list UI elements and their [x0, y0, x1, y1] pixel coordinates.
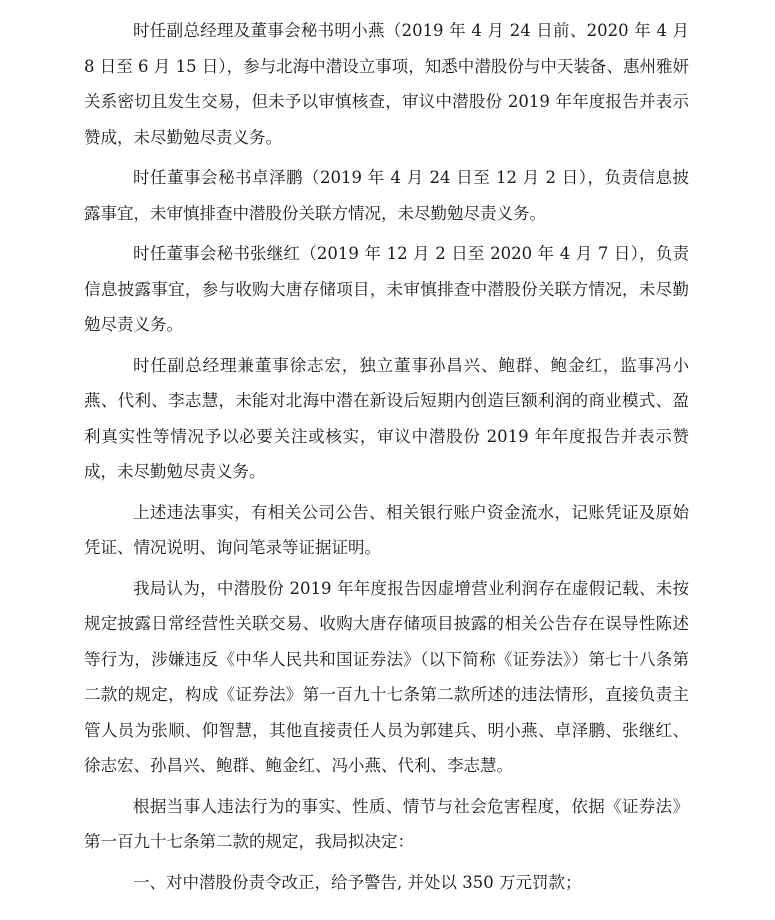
paragraph-ming-xiaoyan-liability: 时任副总经理及董事会秘书明小燕（2019 年 4 月 24 日前、2020 年 …: [84, 13, 689, 155]
paragraph-directors-supervisors-liability: 时任副总经理兼董事徐志宏，独立董事孙昌兴、鲍群、鲍金红，监事冯小燕、代利、李志慧…: [84, 348, 689, 490]
paragraph-zhuo-zepeng-liability: 时任董事会秘书卓泽鹏（2019 年 4 月 24 日至 12 月 2 日），负责…: [84, 160, 689, 231]
paragraph-penalty-basis: 根据当事人违法行为的事实、性质、情节与社会危害程度，依据《证券法》第一百九十七条…: [84, 789, 689, 860]
document-page: 时任副总经理及董事会秘书明小燕（2019 年 4 月 24 日前、2020 年 …: [0, 0, 775, 920]
paragraph-decision-item-1: 一、对中潜股份责令改正，给予警告, 并处以 350 万元罚款；: [84, 865, 689, 901]
paragraph-evidence-statement: 上述违法事实，有相关公司公告、相关银行账户资金流水，记账凭证及原始凭证、情况说明…: [84, 495, 689, 566]
paragraph-bureau-findings: 我局认为，中潜股份 2019 年年度报告因虚增营业利润存在虚假记载、未按规定披露…: [84, 571, 689, 784]
paragraph-zhang-jihong-liability: 时任董事会秘书张继红（2019 年 12 月 2 日至 2020 年 4 月 7…: [84, 236, 689, 343]
